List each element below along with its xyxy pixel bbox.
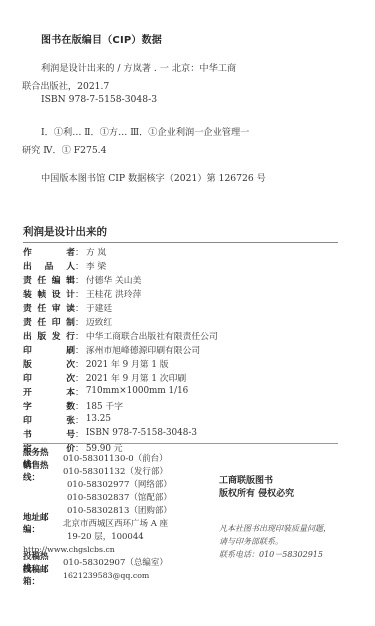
cip-line: 中国版本图书馆 CIP 数据核字（2021）第 126726 号	[41, 170, 266, 184]
publisher-series: 工商联版图书	[219, 473, 273, 486]
detail-row: 责任编辑：付德华 关山美	[23, 273, 141, 285]
cip-line: 研究 Ⅳ．① F275.4	[22, 142, 106, 156]
detail-row: 印次：2021 年 9 月第 1 次印刷	[23, 371, 186, 383]
submission-email: 投稿邮箱： 1621239583@qq.com	[23, 569, 149, 582]
detail-value: 于建廷	[86, 301, 112, 314]
detail-value: 付德华 关山美	[86, 273, 142, 286]
detail-row: 出品人：李 梁	[23, 259, 106, 271]
detail-value: 185 千字	[86, 399, 123, 412]
title-divider	[23, 242, 338, 243]
detail-value: 涿州市旭峰德源印刷有限公司	[86, 343, 200, 356]
sales-hotline-line: 010-58302813（团购部）	[67, 504, 172, 517]
detail-row: 开本：710mm×1000mm 1/16	[23, 385, 188, 397]
detail-value: 2021 年 9 月第 1 次印刷	[86, 371, 186, 384]
detail-label: 印张	[23, 413, 75, 426]
detail-row: 字数：185 千字	[23, 399, 123, 411]
detail-row: 出版发行：中华工商联合出版社有限责任公司	[23, 329, 218, 341]
detail-row: 作者：方 岚	[23, 245, 106, 257]
detail-label: 书号	[23, 427, 75, 440]
detail-row: 版次：2021 年 9 月第 1 版	[23, 357, 169, 369]
detail-label: 印刷	[23, 343, 75, 356]
detail-label: 责任审读	[23, 301, 75, 314]
detail-value: ISBN 978-7-5158-3048-3	[86, 428, 197, 438]
detail-label: 字数	[23, 399, 75, 412]
cip-heading: 图书在版编目（CIP）数据	[41, 31, 162, 46]
detail-label: 责任印制	[23, 315, 75, 328]
book-title: 利润是设计出来的	[23, 224, 107, 239]
detail-row: 责任审读：于建廷	[23, 301, 112, 313]
cip-line: 利润是设计出来的 / 方岚著 . 一 北京：中华工商	[41, 60, 236, 74]
detail-value: 2021 年 9 月第 1 版	[86, 357, 169, 370]
sales-hotline-line: 010-58302977（网络部）	[67, 478, 172, 491]
detail-label: 出版发行	[23, 329, 75, 342]
detail-row: 印张：13.25	[23, 413, 111, 425]
detail-row: 印刷：涿州市旭峰德源印刷有限公司	[23, 343, 200, 355]
detail-value: 王桂花 洪玲萍	[86, 287, 142, 300]
detail-value: 710mm×1000mm 1/16	[86, 386, 188, 396]
detail-row: 责任印制：迈致红	[23, 315, 112, 327]
detail-value: 李 梁	[86, 259, 106, 272]
detail-value: 方 岚	[86, 245, 106, 258]
cip-line: 联合出版社，2021.7	[22, 78, 109, 92]
detail-label: 责任编辑	[23, 273, 75, 286]
detail-label: 出品人	[23, 259, 75, 272]
details-divider	[23, 443, 338, 444]
cip-line: ISBN 978-7-5158-3048-3	[41, 94, 157, 105]
quality-notice-line: 凡本社图书出现印装质量问题，	[219, 523, 331, 534]
detail-value: 迈致红	[86, 315, 112, 328]
detail-label: 印次	[23, 371, 75, 384]
contact-phone: 联系电话：010－58302915	[219, 549, 323, 560]
detail-value: 中华工商联合出版社有限责任公司	[86, 329, 218, 342]
address-line: 19-20 层，100044	[67, 530, 144, 543]
detail-value: 13.25	[86, 414, 111, 424]
detail-label: 作者	[23, 245, 75, 258]
detail-label: 装帧设计	[23, 287, 75, 300]
sales-hotline: 销售热线： 010-58301132（发行部）	[23, 465, 168, 478]
copyright-notice: 版权所有 侵权必究	[219, 486, 294, 499]
quality-notice-line: 请与印务部联系。	[219, 536, 283, 547]
detail-row: 装帧设计：王桂花 洪玲萍	[23, 287, 141, 299]
detail-row: 书号：ISBN 978-7-5158-3048-3	[23, 427, 197, 439]
address: 地址邮编： 北京市西城区西环广场 A 座	[23, 517, 168, 530]
detail-label: 开本	[23, 385, 75, 398]
detail-label: 版次	[23, 357, 75, 370]
cip-line: Ⅰ．①利… Ⅱ．①方… Ⅲ．①企业利润一企业管理一	[41, 124, 249, 138]
sales-hotline-line: 010-58302837（馆配部）	[67, 491, 172, 504]
